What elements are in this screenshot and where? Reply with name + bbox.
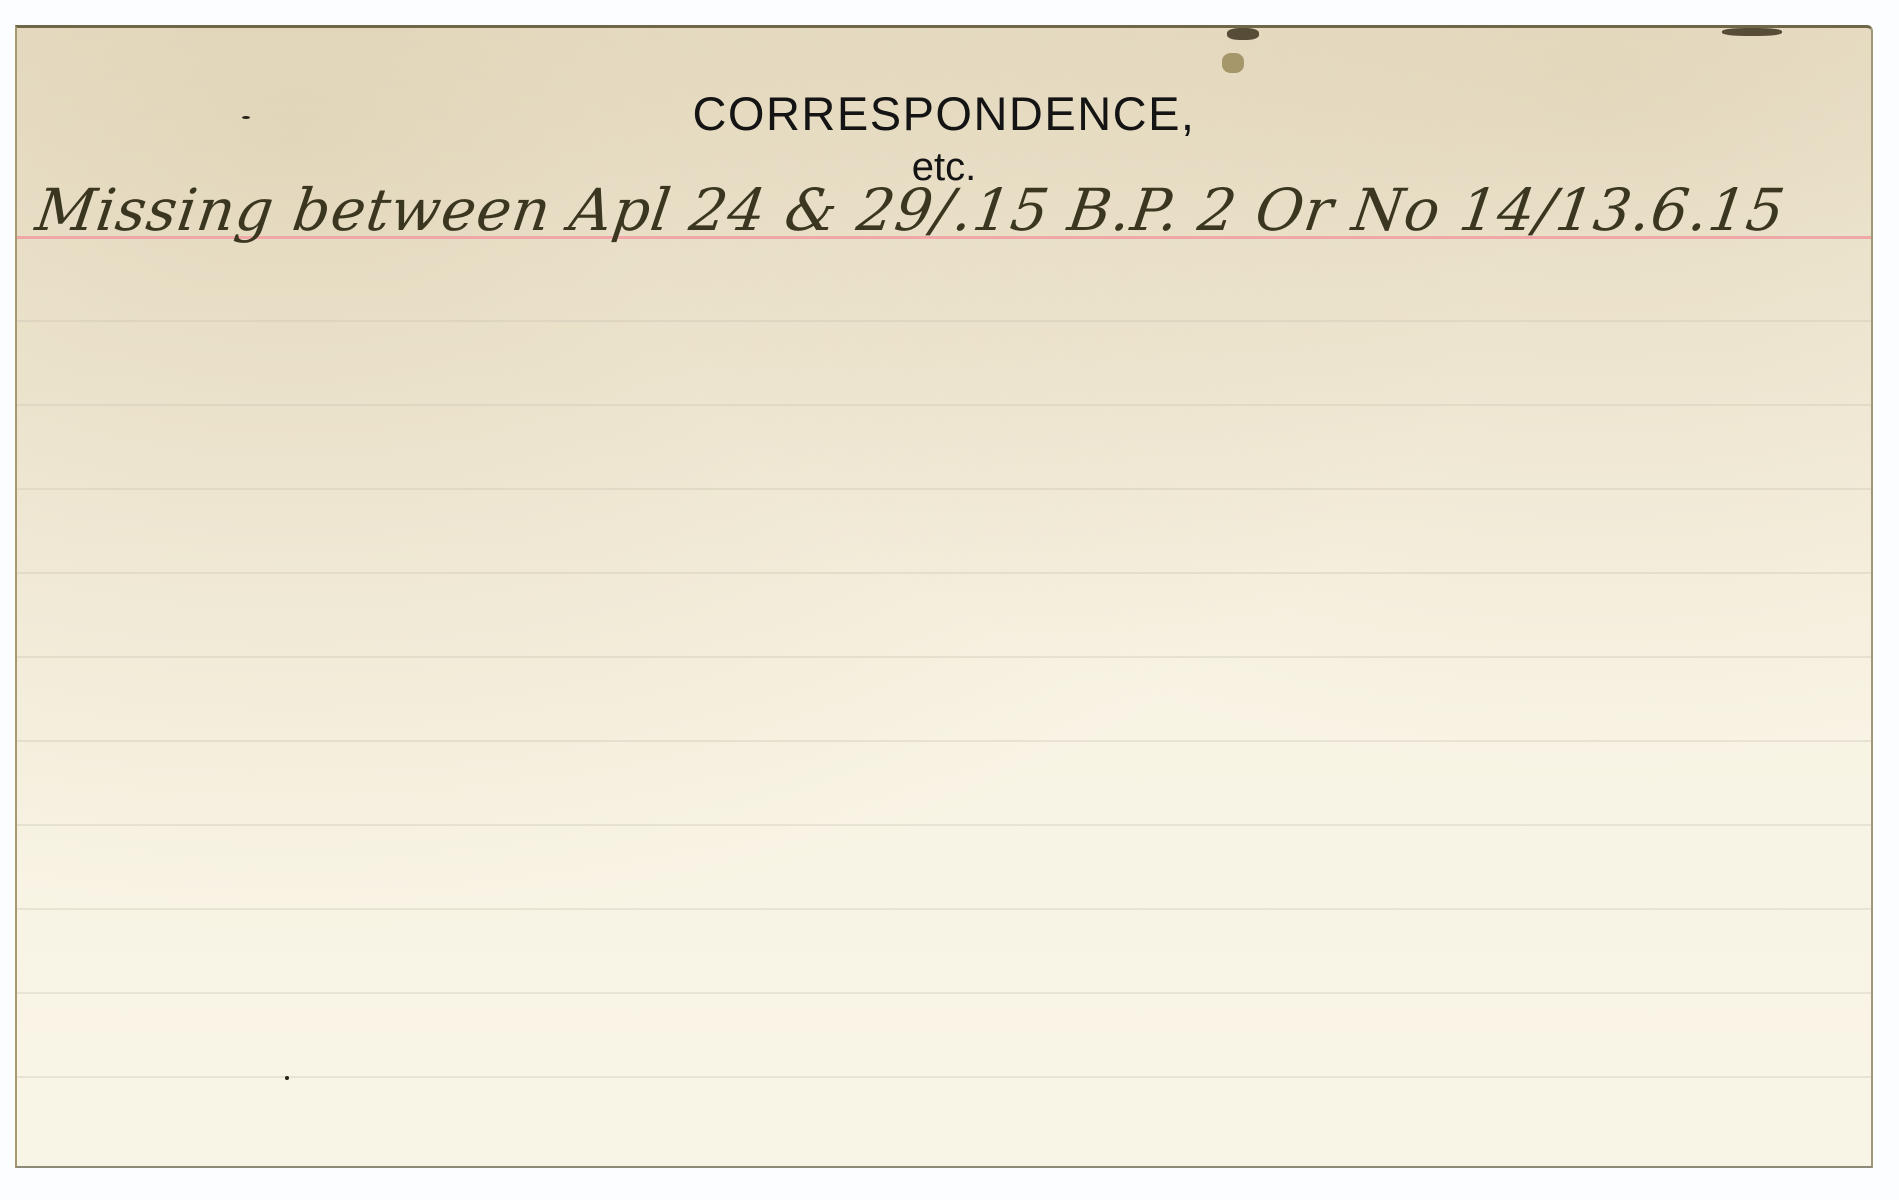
- ruled-line: [17, 908, 1871, 910]
- ink-stain: [1222, 53, 1244, 73]
- paper-speck: [242, 116, 250, 119]
- card-heading: CORRESPONDENCE,: [17, 86, 1871, 141]
- ruled-line: [17, 404, 1871, 406]
- ruled-line: [17, 572, 1871, 574]
- handwritten-entry: Missing between Apl 24 & 29/.15 B.P. 2 O…: [29, 176, 1882, 266]
- ruled-line: [17, 488, 1871, 490]
- ink-stain: [1227, 28, 1259, 40]
- ruled-line: [17, 740, 1871, 742]
- ruled-line: [17, 1076, 1871, 1078]
- record-card: CORRESPONDENCE, etc. Missing between Apl…: [15, 25, 1873, 1168]
- ruled-line: [17, 656, 1871, 658]
- ruled-line: [17, 824, 1871, 826]
- ruled-line: [17, 992, 1871, 994]
- ink-stain: [1722, 28, 1782, 36]
- ruled-line: [17, 320, 1871, 322]
- paper-speck: [285, 1076, 289, 1080]
